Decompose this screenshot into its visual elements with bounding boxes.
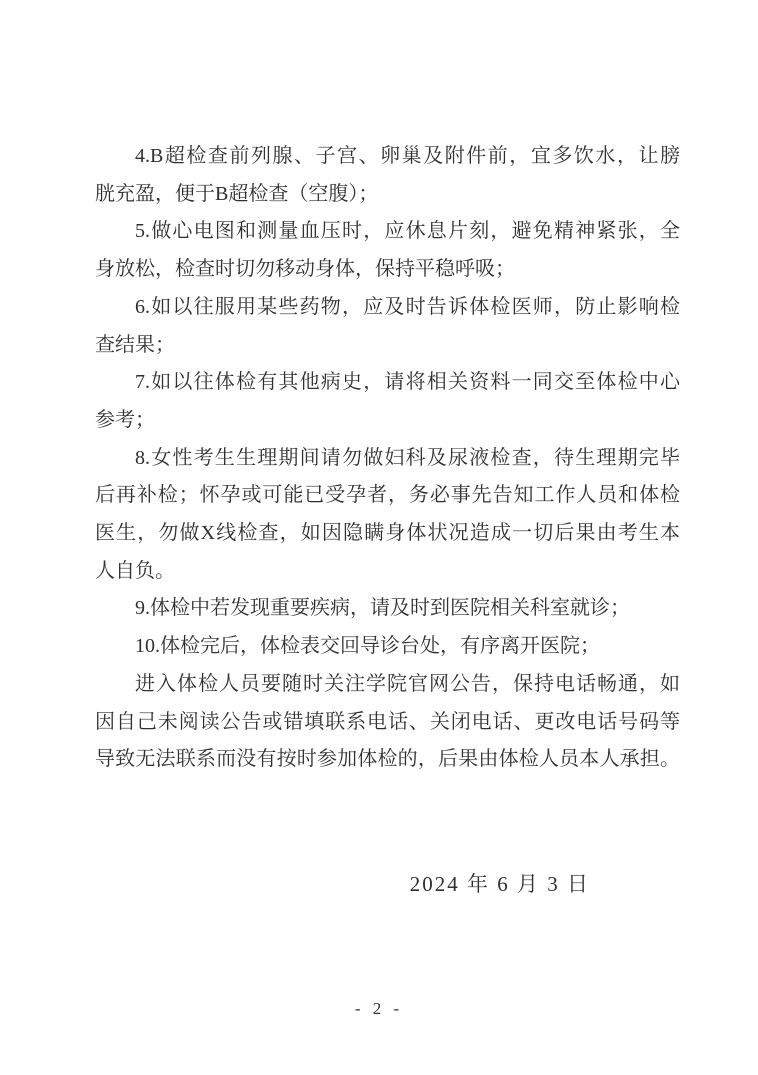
text-line: 9.体检中若发现重要疾病，请及时到医院相关科室就诊； xyxy=(95,590,680,628)
page-footer: - 2 - xyxy=(0,996,758,1022)
text-line: 后再补检；怀孕或可能已受孕者，务必事先告知工作人员和体检 xyxy=(95,477,680,515)
text-line: 导致无法联系而没有按时参加体检的，后果由体检人员本人承担。 xyxy=(95,741,680,779)
text-line: 胱充盈，便于B超检查（空腹）； xyxy=(95,176,680,214)
text-line: 6.如以往服用某些药物，应及时告诉体检医师，防止影响检 xyxy=(95,289,680,327)
text-line: 4.B超检查前列腺、子宫、卵巢及附件前，宜多饮水，让膀 xyxy=(95,138,680,176)
document-body: 4.B超检查前列腺、子宫、卵巢及附件前，宜多饮水，让膀胱充盈，便于B超检查（空腹… xyxy=(95,138,680,779)
text-line: 5.做心电图和测量血压时，应休息片刻，避免精神紧张，全 xyxy=(95,213,680,251)
page-number: - 2 - xyxy=(355,999,403,1018)
text-line: 身放松，检查时切勿移动身体，保持平稳呼吸； xyxy=(95,251,680,289)
text-line: 进入体检人员要随时关注学院官网公告，保持电话畅通，如 xyxy=(95,666,680,704)
text-line: 7.如以往体检有其他病史，请将相关资料一同交至体检中心 xyxy=(95,364,680,402)
text-line: 因自己未阅读公告或错填联系电话、关闭电话、更改电话号码等 xyxy=(95,704,680,742)
text-line: 查结果； xyxy=(95,327,680,365)
text-line: 8.女性考生生理期间请勿做妇科及尿液检查，待生理期完毕 xyxy=(95,440,680,478)
date-line: 2024 年 6 月 3 日 xyxy=(95,865,590,903)
text-line: 10.体检完后，体检表交回导诊台处，有序离开医院； xyxy=(95,628,680,666)
text-line: 医生，勿做X线检查，如因隐瞒身体状况造成一切后果由考生本 xyxy=(95,515,680,553)
document-date: 2024 年 6 月 3 日 xyxy=(410,872,590,896)
text-line: 参考； xyxy=(95,402,680,440)
document-page: 4.B超检查前列腺、子宫、卵巢及附件前，宜多饮水，让膀胱充盈，便于B超检查（空腹… xyxy=(0,0,758,1075)
text-line: 人自负。 xyxy=(95,553,680,591)
